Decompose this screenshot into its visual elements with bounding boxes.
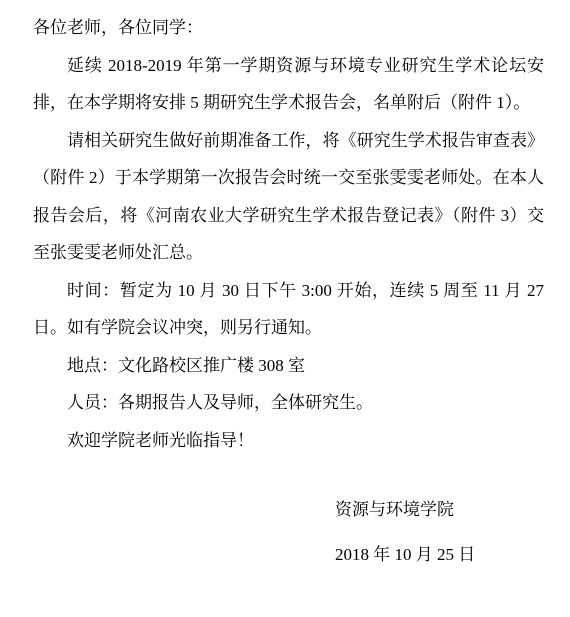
paragraph-forum-arrangement: 延续 2018-2019 年第一学期资源与环境专业研究生学术论坛安排，在本学期将… <box>33 47 544 122</box>
signature-block: 资源与环境学院 2018 年 10 月 25 日 <box>335 487 544 577</box>
signature-date: 2018 年 10 月 25 日 <box>335 532 544 577</box>
paragraph-location: 地点：文化路校区推广楼 308 室 <box>33 347 544 385</box>
salutation-line: 各位老师，各位同学： <box>33 9 544 47</box>
paragraph-welcome: 欢迎学院老师光临指导！ <box>33 422 544 460</box>
paragraph-attendees: 人员：各期报告人及导师，全体研究生。 <box>33 384 544 422</box>
signature-organization: 资源与环境学院 <box>335 487 544 532</box>
paragraph-preparation-instructions: 请相关研究生做好前期准备工作，将《研究生学术报告审查表》（附件 2）于本学期第一… <box>33 122 544 272</box>
paragraph-time: 时间：暂定为 10 月 30 日下午 3:00 开始，连续 5 周至 11 月 … <box>33 272 544 347</box>
notice-document: 各位老师，各位同学： 延续 2018-2019 年第一学期资源与环境专业研究生学… <box>0 0 570 617</box>
